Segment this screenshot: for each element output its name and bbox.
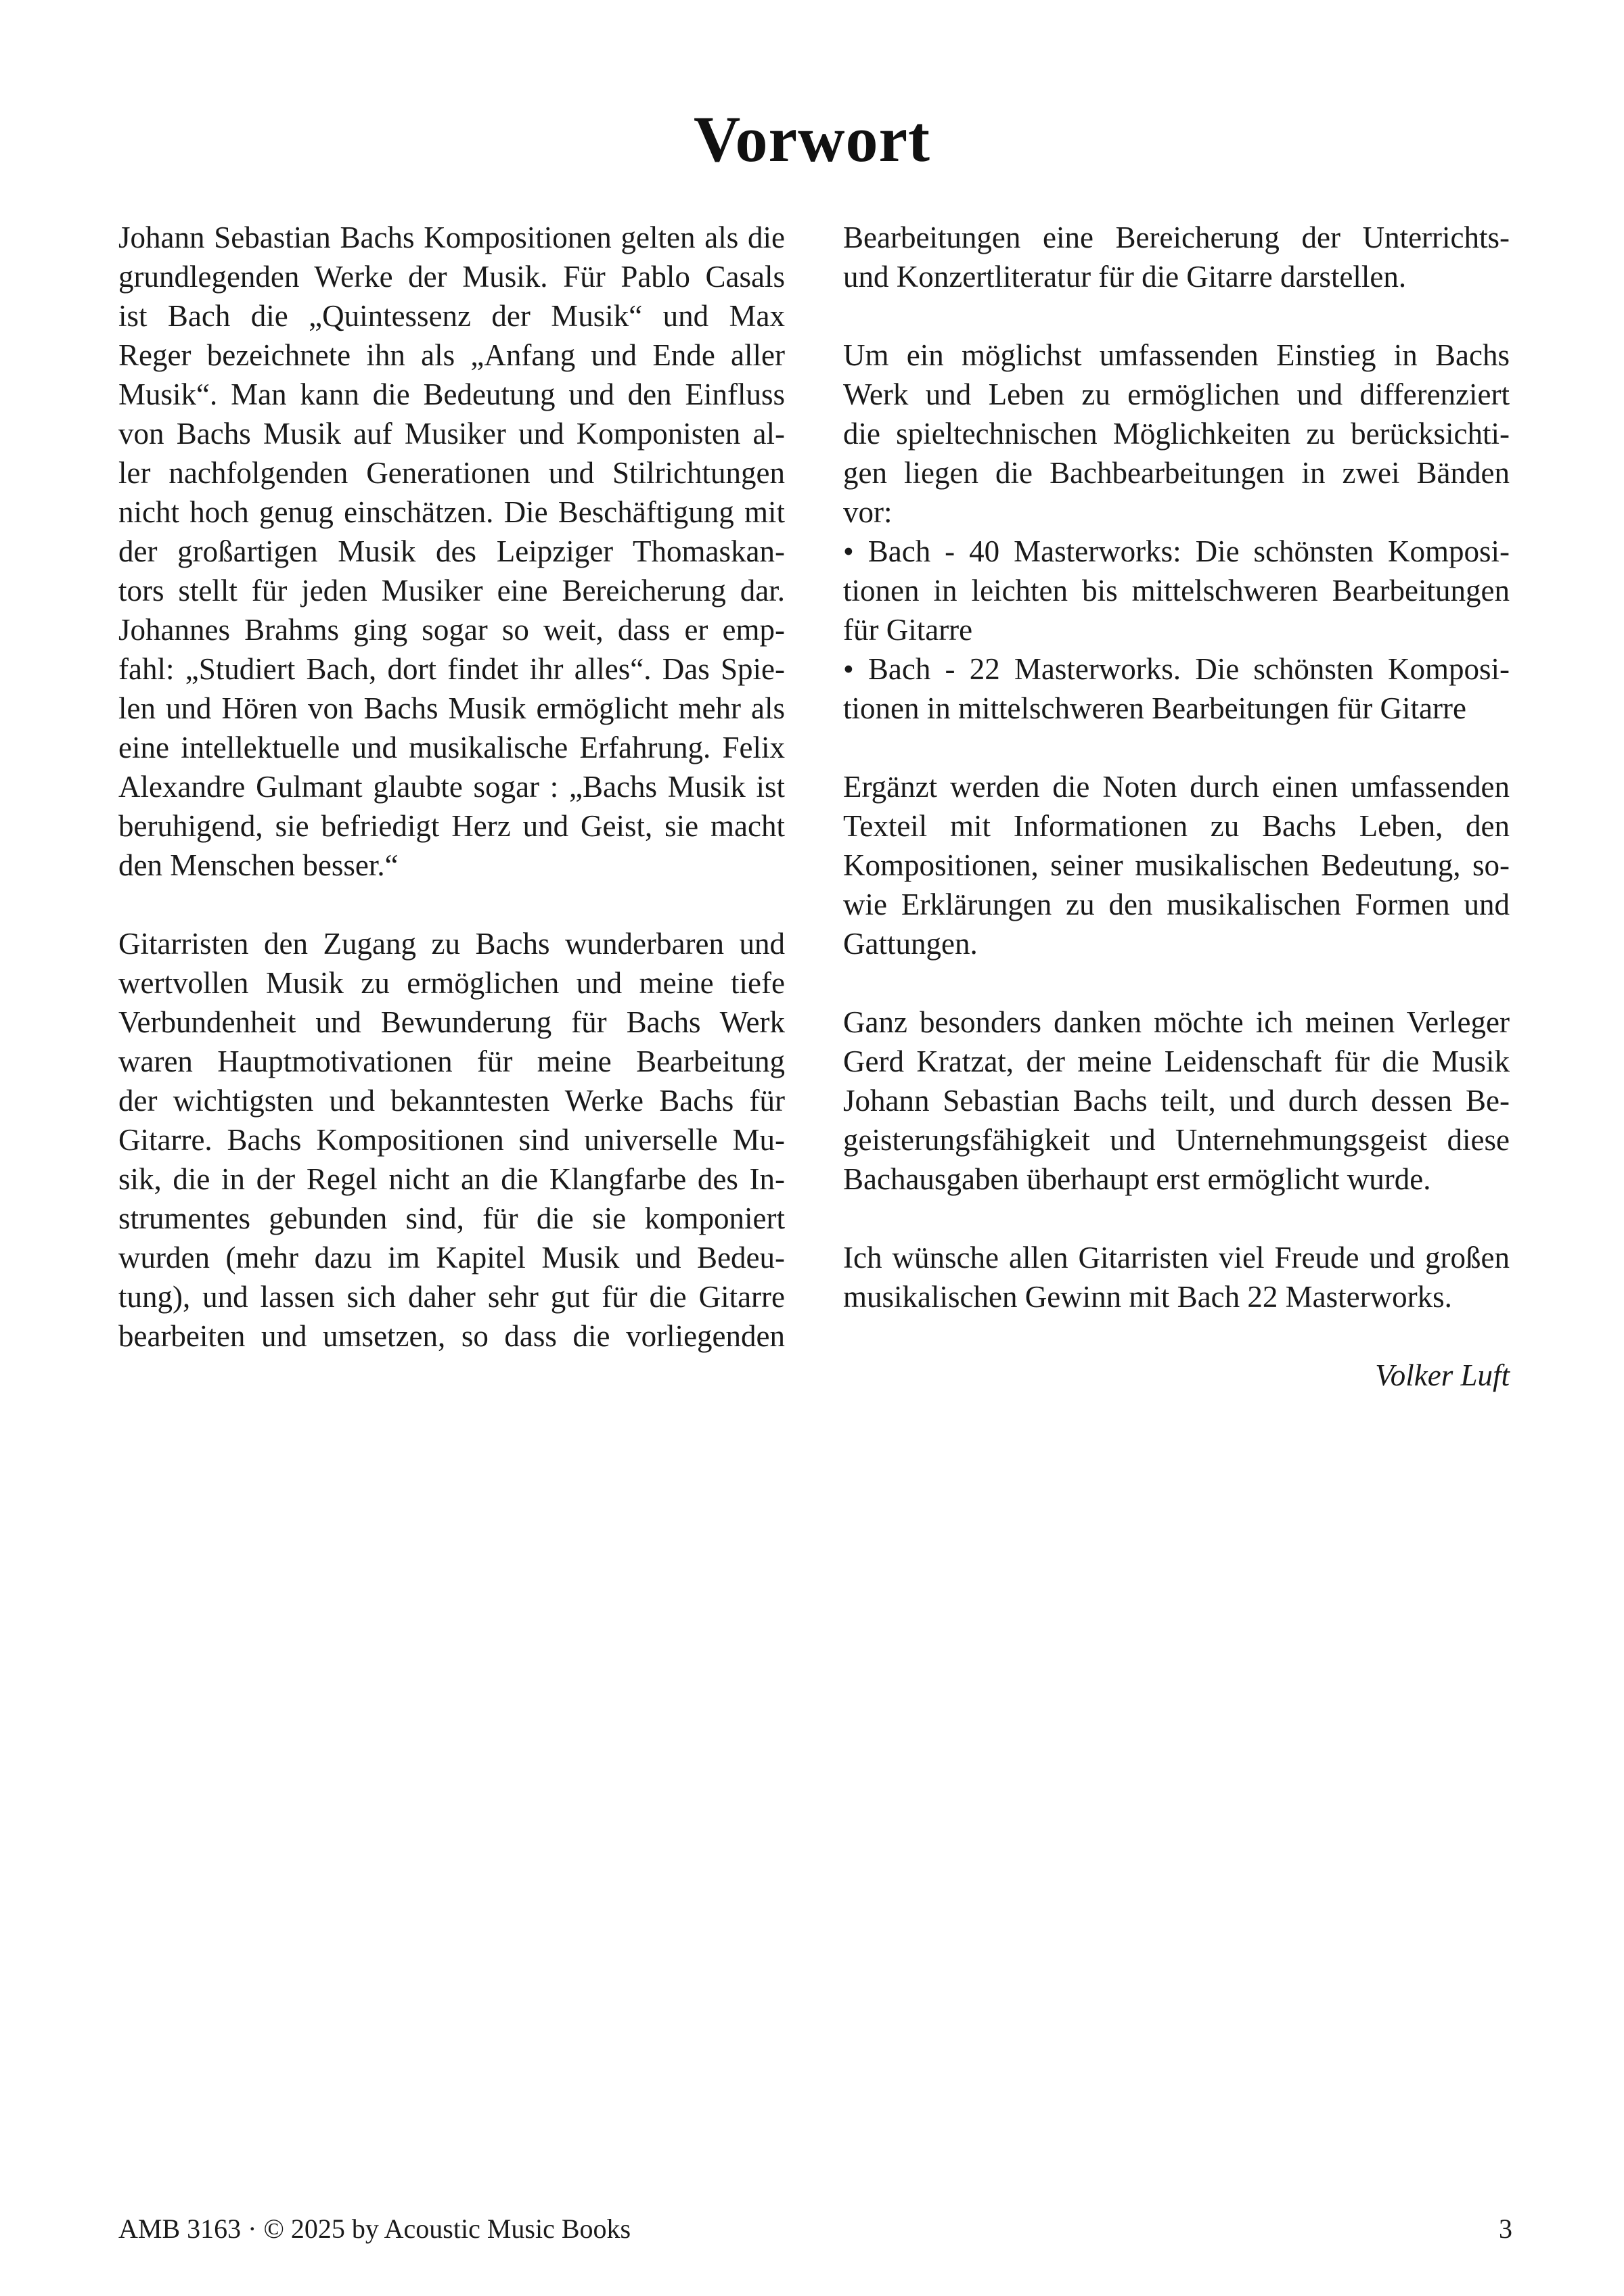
- bullet-item-22-masterworks: • Bach - 22 Masterworks. Die schönsten K…: [843, 649, 1510, 689]
- page-number: 3: [1499, 2212, 1512, 2246]
- text-line: Alexandre Gulmant glaubte sogar : „Bachs…: [118, 767, 785, 806]
- text-line: strumentes gebunden sind, für die sie ko…: [118, 1199, 785, 1238]
- paragraph-wishes: Ich wünsche allen Gitarristen viel Freud…: [843, 1238, 1510, 1316]
- footer-copyright: AMB 3163 · © 2025 by Acoustic Music Book…: [118, 2212, 631, 2246]
- left-column: Johann Sebastian Bachs Kompositionen gel…: [118, 218, 785, 1395]
- bullet-item-40-masterworks: • Bach - 40 Masterworks: Die schönsten K…: [843, 532, 1510, 571]
- text-line: gen liegen die Bachbearbeitungen in zwei…: [843, 453, 1510, 492]
- text-line: die spieltechnischen Möglichkeiten zu be…: [843, 414, 1510, 453]
- text-line: Ganz besonders danken möchte ich meinen …: [843, 1003, 1510, 1042]
- paragraph-motivation: Gitarristen den Zugang zu Bachs wunderba…: [118, 924, 785, 1356]
- text-line: für Gitarre: [843, 610, 1510, 649]
- paragraph-continuation: Bearbeitungen eine Bereicherung der Unte…: [843, 218, 1510, 296]
- text-line: und Konzertliteratur für die Gitarre dar…: [843, 257, 1510, 296]
- text-line: von Bachs Musik auf Musiker und Komponis…: [118, 414, 785, 453]
- text-line: tors stellt für jeden Musiker eine Berei…: [118, 571, 785, 610]
- text-line: Musik“. Man kann die Bedeutung und den E…: [118, 375, 785, 414]
- text-line: tionen in leichten bis mittelschweren Be…: [843, 571, 1510, 610]
- text-line: Werk und Leben zu ermöglichen und differ…: [843, 375, 1510, 414]
- text-line: vor:: [843, 492, 1510, 532]
- text-line: geisterungsfähigkeit und Unternehmungsge…: [843, 1120, 1510, 1160]
- text-line: wertvollen Musik zu ermöglichen und mein…: [118, 963, 785, 1003]
- text-line: nicht hoch genug einschätzen. Die Beschä…: [118, 492, 785, 532]
- text-line: ist Bach die „Quintessenz der Musik“ und…: [118, 296, 785, 336]
- text-line: Gattungen.: [843, 924, 1510, 963]
- text-line: tionen in mittelschweren Bearbeitungen f…: [843, 689, 1510, 728]
- text-line: Reger bezeichnete ihn als „Anfang und En…: [118, 336, 785, 375]
- text-line: grundlegenden Werke der Musik. Für Pablo…: [118, 257, 785, 296]
- text-line: ler nachfolgenden Generationen und Stilr…: [118, 453, 785, 492]
- right-column: Bearbeitungen eine Bereicherung der Unte…: [843, 218, 1510, 1395]
- text-line: Ich wünsche allen Gitarristen viel Freud…: [843, 1238, 1510, 1277]
- text-line: musikalischen Gewinn mit Bach 22 Masterw…: [843, 1277, 1510, 1316]
- text-line: Gitarristen den Zugang zu Bachs wunderba…: [118, 924, 785, 963]
- text-line: Johann Sebastian Bachs Kompositionen gel…: [118, 218, 785, 257]
- text-line: den Menschen besser.“: [118, 846, 785, 885]
- text-line: Verbundenheit und Bewunderung für Bachs …: [118, 1003, 785, 1042]
- text-line: waren Hauptmotivationen für meine Bearbe…: [118, 1042, 785, 1081]
- text-line: Texteil mit Informationen zu Bachs Leben…: [843, 806, 1510, 846]
- text-line: fahl: „Studiert Bach, dort findet ihr al…: [118, 649, 785, 689]
- text-line: Johann Sebastian Bachs teilt, und durch …: [843, 1081, 1510, 1120]
- text-line: sik, die in der Regel nicht an die Klang…: [118, 1160, 785, 1199]
- text-line: Kompositionen, seiner musikalischen Bede…: [843, 846, 1510, 885]
- text-line: der großartigen Musik des Leipziger Thom…: [118, 532, 785, 571]
- text-line: Ergänzt werden die Noten durch einen umf…: [843, 767, 1510, 806]
- text-line: bearbeiten und umsetzen, so dass die vor…: [118, 1316, 785, 1356]
- text-line: tung), und lassen sich daher sehr gut fü…: [118, 1277, 785, 1316]
- paragraph-text-section: Ergänzt werden die Noten durch einen umf…: [843, 767, 1510, 963]
- text-line: Gerd Kratzat, der meine Leidenschaft für…: [843, 1042, 1510, 1081]
- page-title: Vorwort: [0, 101, 1624, 177]
- paragraph-thanks: Ganz besonders danken möchte ich meinen …: [843, 1003, 1510, 1199]
- text-line: Gitarre. Bachs Kompositionen sind univer…: [118, 1120, 785, 1160]
- text-line: Bachausgaben überhaupt erst ermöglicht w…: [843, 1160, 1510, 1199]
- text-line: eine intellektuelle und musikalische Erf…: [118, 728, 785, 767]
- text-line: der wichtigsten und bekanntesten Werke B…: [118, 1081, 785, 1120]
- text-line: wurden (mehr dazu im Kapitel Musik und B…: [118, 1238, 785, 1277]
- text-line: Bearbeitungen eine Bereicherung der Unte…: [843, 218, 1510, 257]
- text-line: Johannes Brahms ging sogar so weit, dass…: [118, 610, 785, 649]
- text-line: len und Hören von Bachs Musik ermöglicht…: [118, 689, 785, 728]
- author-signature: Volker Luft: [843, 1356, 1510, 1395]
- paragraph-bach-significance: Johann Sebastian Bachs Kompositionen gel…: [118, 218, 785, 885]
- text-line: beruhigend, sie befriedigt Herz und Geis…: [118, 806, 785, 846]
- text-line: wie Erklärungen zu den musikalischen For…: [843, 885, 1510, 924]
- text-line: Um ein möglichst umfassenden Einstieg in…: [843, 336, 1510, 375]
- paragraph-volumes: Um ein möglichst umfassenden Einstieg in…: [843, 336, 1510, 728]
